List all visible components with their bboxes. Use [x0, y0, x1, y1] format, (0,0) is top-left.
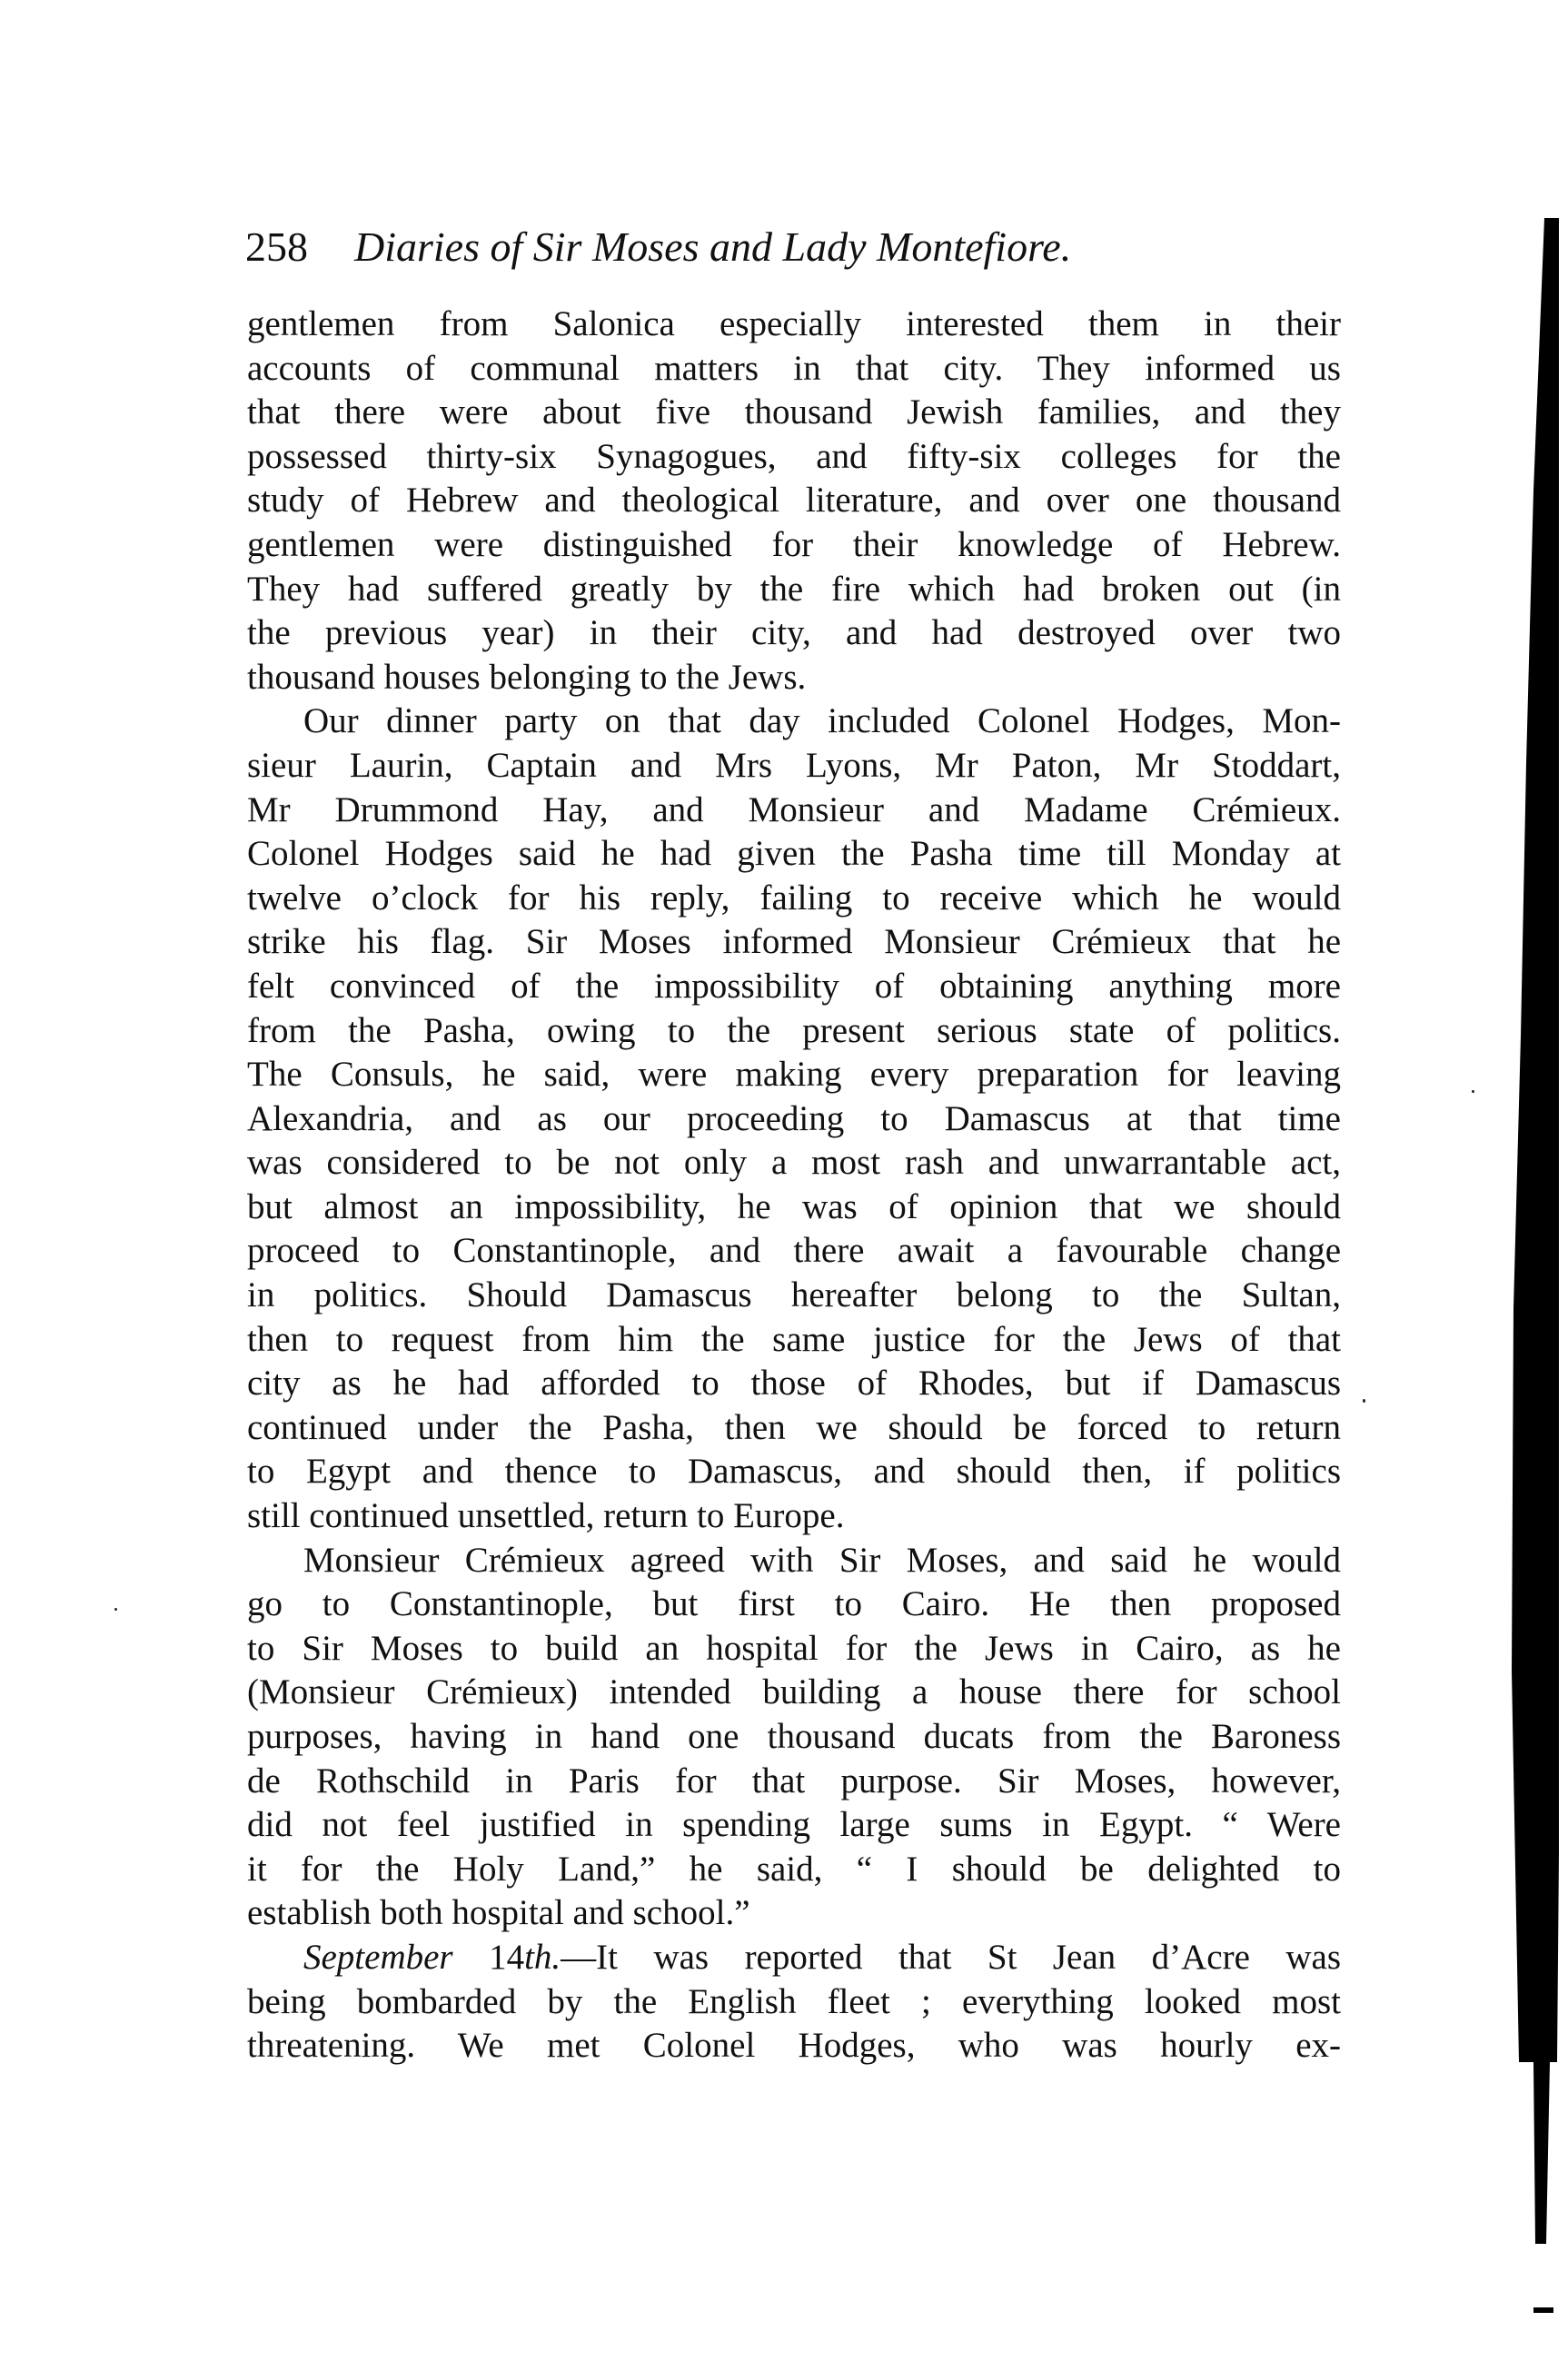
text-line: accounts of communal matters in that cit…	[247, 347, 1341, 392]
text-line: twelve o’clock for his reply, failing to…	[247, 877, 1341, 921]
text-line: was considered to be not only a most ras…	[247, 1141, 1341, 1185]
entry-date-day: 14	[489, 1938, 524, 1977]
text-line: to Egypt and thence to Damascus, and sho…	[247, 1450, 1341, 1494]
text-line: Our dinner party on that day included Co…	[247, 699, 1341, 744]
entry-date-suffix: th.	[524, 1938, 561, 1977]
scan-speck	[1472, 1090, 1474, 1093]
text-line: (Monsieur Crémieux) intended building a …	[247, 1671, 1341, 1715]
text-line: de Rothschild in Paris for that purpose.…	[247, 1760, 1341, 1804]
binding-shadow	[1508, 218, 1559, 2326]
scan-speck	[114, 1608, 117, 1611]
scan-speck	[1363, 1399, 1365, 1403]
text-line: possessed thirty-six Synagogues, and fif…	[247, 435, 1341, 480]
text-line: gentlemen from Salonica especially inter…	[247, 303, 1341, 347]
text-line: Mr Drummond Hay, and Monsieur and Madame…	[247, 789, 1341, 833]
text-line: thousand houses belonging to the Jews.	[247, 656, 1341, 700]
text-line: study of Hebrew and theological literatu…	[247, 479, 1341, 523]
running-title: Diaries of Sir Moses and Lady Montefiore…	[354, 223, 1071, 270]
text-line: strike his flag. Sir Moses informed Mons…	[247, 920, 1341, 965]
text-line: being bombarded by the English fleet ; e…	[247, 1980, 1341, 2025]
text-line: proceed to Constantinople, and there awa…	[247, 1229, 1341, 1274]
text-line: continued under the Pasha, then we shoul…	[247, 1406, 1341, 1451]
text-line: to Sir Moses to build an hospital for th…	[247, 1627, 1341, 1672]
text-line: from the Pasha, owing to the present ser…	[247, 1009, 1341, 1054]
entry-date-month: September	[303, 1938, 453, 1977]
text-line: sieur Laurin, Captain and Mrs Lyons, Mr …	[247, 744, 1341, 789]
text-line: that there were about five thousand Jewi…	[247, 391, 1341, 435]
text-line: then to request from him the same justic…	[247, 1318, 1341, 1363]
text-line: establish both hospital and school.”	[247, 1891, 1341, 1936]
diary-entry-line: September 14th.—It was reported that St …	[247, 1936, 1341, 1980]
text-line: city as he had afforded to those of Rhod…	[247, 1362, 1341, 1406]
body-text: gentlemen from Salonica especially inter…	[247, 303, 1341, 2068]
text-line: still continued unsettled, return to Eur…	[247, 1494, 1341, 1539]
text-line: purposes, having in hand one thousand du…	[247, 1715, 1341, 1760]
text-line: gentlemen were distinguished for their k…	[247, 523, 1341, 568]
page-number: 258	[245, 220, 354, 274]
book-page: 258Diaries of Sir Moses and Lady Montefi…	[0, 0, 1568, 2371]
text-line: in politics. Should Damascus hereafter b…	[247, 1274, 1341, 1318]
text-line: Alexandria, and as our proceeding to Dam…	[247, 1097, 1341, 1142]
text-line: felt convinced of the impossibility of o…	[247, 965, 1341, 1009]
text-line: the previous year) in their city, and ha…	[247, 611, 1341, 656]
text-line: did not feel justified in spending large…	[247, 1803, 1341, 1848]
text-line: threatening. We met Colonel Hodges, who …	[247, 2024, 1341, 2068]
entry-text: —It was reported that St Jean d’Acre was	[561, 1938, 1341, 1977]
text-line: Monsieur Crémieux agreed with Sir Moses,…	[247, 1539, 1341, 1583]
text-line: They had suffered greatly by the fire wh…	[247, 568, 1341, 612]
text-line: it for the Holy Land,” he said, “ I shou…	[247, 1848, 1341, 1892]
text-line: go to Constantinople, but first to Cairo…	[247, 1582, 1341, 1627]
running-head: 258Diaries of Sir Moses and Lady Montefi…	[245, 220, 1345, 274]
text-line: The Consuls, he said, were making every …	[247, 1053, 1341, 1097]
text-line: Colonel Hodges said he had given the Pas…	[247, 832, 1341, 877]
text-line: but almost an impossibility, he was of o…	[247, 1185, 1341, 1230]
